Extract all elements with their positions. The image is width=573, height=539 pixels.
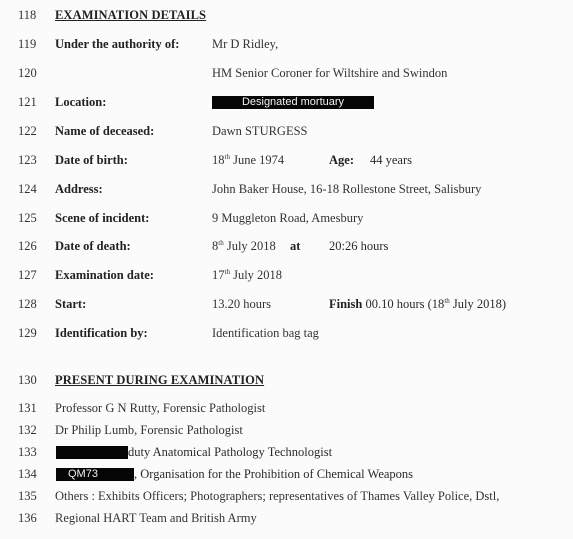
row-present-3: 133 duty Anatomical Pathology Technologi…: [0, 442, 573, 462]
field-value: John Baker House, 16-18 Rollestone Stree…: [212, 179, 481, 199]
line-number: 119: [18, 34, 36, 54]
field-label: Address:: [55, 179, 103, 199]
line-number: 136: [18, 508, 37, 528]
line-number: 126: [18, 236, 37, 256]
field-label: Identification by:: [55, 323, 148, 343]
field-value: Identification bag tag: [212, 323, 319, 343]
attendee-text: Dr Philip Lumb, Forensic Pathologist: [55, 420, 243, 440]
field-value: 9 Muggleton Road, Amesbury: [212, 208, 363, 228]
time-of-death: 20:26 hours: [329, 236, 388, 256]
line-number: 128: [18, 294, 37, 314]
line-number: 121: [18, 92, 37, 112]
line-number: 120: [18, 63, 37, 83]
attendee-text: , Organisation for the Prohibition of Ch…: [134, 464, 413, 484]
field-label: Name of deceased:: [55, 121, 154, 141]
section-heading-present: PRESENT DURING EXAMINATION: [55, 370, 264, 390]
field-label: Date of birth:: [55, 150, 128, 170]
line-number: 124: [18, 179, 37, 199]
line-number: 122: [18, 121, 37, 141]
field-label: Date of death:: [55, 236, 131, 256]
line-number: 123: [18, 150, 37, 170]
line-number: 127: [18, 265, 37, 285]
field-label: Under the authority of:: [55, 34, 179, 54]
age-value: 44 years: [370, 150, 412, 170]
field-value: HM Senior Coroner for Wiltshire and Swin…: [212, 63, 447, 83]
redaction-box-location: Designated mortuary: [212, 96, 374, 109]
field-value: 13.20 hours: [212, 294, 271, 314]
redaction-box-qm73: QM73: [56, 468, 134, 481]
line-number: 125: [18, 208, 37, 228]
line-number: 130: [18, 370, 37, 390]
field-value: Dawn STURGESS: [212, 121, 308, 141]
field-value: Mr D Ridley,: [212, 34, 278, 54]
field-label: Examination date:: [55, 265, 154, 285]
row-present-4: 134 QM73 , Organisation for the Prohibit…: [0, 464, 573, 484]
attendee-text: Others : Exhibits Officers; Photographer…: [55, 486, 499, 506]
field-label: Scene of incident:: [55, 208, 149, 228]
field-label: Location:: [55, 92, 106, 112]
line-number: 134: [18, 464, 37, 484]
redaction-box: [56, 446, 128, 459]
line-number: 131: [18, 398, 37, 418]
field-value: 17th July 2018: [212, 265, 282, 285]
finish-info: Finish 00.10 hours (18th July 2018): [329, 294, 506, 314]
attendee-text: Professor G N Rutty, Forensic Pathologis…: [55, 398, 265, 418]
age-label: Age:: [329, 150, 354, 170]
line-number: 135: [18, 486, 37, 506]
line-number: 133: [18, 442, 37, 462]
line-number: 118: [18, 5, 36, 25]
field-value: 8th July 2018: [212, 236, 276, 256]
line-number: 132: [18, 420, 37, 440]
section-heading-examination-details: EXAMINATION DETAILS: [55, 5, 206, 25]
at-label: at: [290, 236, 300, 256]
field-label: Start:: [55, 294, 86, 314]
attendee-text: duty Anatomical Pathology Technologist: [128, 442, 332, 462]
line-number: 129: [18, 323, 37, 343]
row-location: 121 Location: Designated mortuary: [0, 92, 573, 112]
row-dob: 123 Date of birth: 18th June 1974 Age: 4…: [0, 150, 573, 170]
field-value: 18th June 1974: [212, 150, 284, 170]
attendee-text: Regional HART Team and British Army: [55, 508, 257, 528]
row-start: 128 Start: 13.20 hours Finish 00.10 hour…: [0, 294, 573, 314]
row-date-of-death: 126 Date of death: 8th July 2018 at 20:2…: [0, 236, 573, 256]
